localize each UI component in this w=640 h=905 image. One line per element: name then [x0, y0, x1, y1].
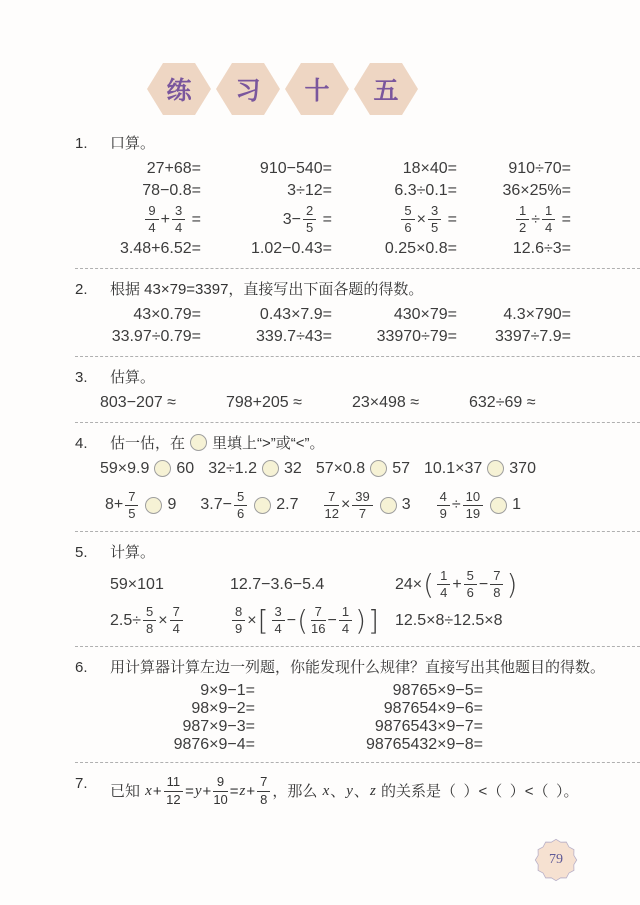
- math-variable: z: [239, 781, 247, 802]
- title-hexagon: 习: [216, 63, 280, 115]
- section-title: 口算。: [110, 133, 640, 154]
- fraction: 34: [272, 605, 285, 637]
- comparison-circle: [145, 497, 162, 514]
- math-expression: 910−540=: [207, 158, 338, 180]
- exercise-grid: 9×9−1=98765×9−5=98×9−2=987654×9−6=987×9−…: [75, 682, 640, 754]
- math-expression: 910÷70=: [463, 158, 577, 180]
- math-expression: 2.5÷58×74: [110, 603, 230, 639]
- math-expression: 36×25%=: [463, 180, 577, 202]
- comparison-circle: [154, 460, 171, 477]
- fraction: 12: [516, 204, 529, 236]
- math-expression: 89×[34−(716−14)]: [230, 603, 395, 639]
- section-number: 3.: [75, 367, 110, 388]
- fraction: 56: [464, 569, 477, 601]
- title-hexagon: 十: [285, 63, 349, 115]
- section-5-calculation: 5. 计算。 59×10112.7−3.6−5.424×(14+56−78)2.…: [75, 542, 640, 647]
- section-divider: [75, 356, 640, 357]
- math-bracket: [: [257, 607, 270, 635]
- math-expression: 9876543×9−7=: [261, 718, 489, 736]
- textbook-page: 练 习 十 五 1. 口算。 27+68=910−540=18×40=910÷7…: [0, 0, 640, 905]
- math-expression: 712×3973: [322, 488, 410, 524]
- math-expression: 98765432×9−8=: [261, 736, 489, 754]
- fraction: 78: [257, 775, 270, 807]
- fraction: 78: [490, 569, 503, 601]
- math-expression: 9×9−1=: [75, 682, 261, 700]
- page-number: 79: [533, 836, 579, 884]
- comparison-circle: [490, 497, 507, 514]
- math-expression: 57×0.857: [316, 458, 410, 480]
- math-expression: 59×101: [110, 567, 230, 603]
- fraction: 712: [324, 490, 338, 522]
- comparison-circle: [254, 497, 271, 514]
- exercise-grid: 43×0.79=0.43×7.9=430×79=4.3×790=33.97÷0.…: [75, 304, 640, 348]
- math-expression: 12.6÷3=: [463, 238, 577, 260]
- fraction: 94: [145, 204, 158, 236]
- section-divider: [75, 646, 640, 647]
- title-char: 练: [166, 71, 191, 107]
- fraction: 56: [234, 490, 247, 522]
- section-title: 用计算器计算左边一列题，你能发现什么规律？直接写出其他题目的得数。: [110, 657, 640, 678]
- math-expression: 3.48+6.52=: [75, 238, 207, 260]
- math-expression: 1.02−0.43=: [207, 238, 338, 260]
- section-6-calculator-pattern: 6. 用计算器计算左边一列题，你能发现什么规律？直接写出其他题目的得数。 9×9…: [75, 657, 640, 763]
- section-header: 2. 根据 43×79=3397，直接写出下面各题的得数。: [75, 279, 640, 300]
- fraction: 49: [437, 490, 450, 522]
- math-expression: 49÷10191: [435, 488, 521, 524]
- exercise-grid: 27+68=910−540=18×40=910÷70=78−0.8=3÷12=6…: [75, 158, 640, 260]
- section-title: 已知 x+1112=y+910=z+78，那么 x、y、z 的关系是（ ）<（ …: [110, 773, 640, 809]
- math-expression: 9876×9−4=: [75, 736, 261, 754]
- fraction: 89: [232, 605, 245, 637]
- section-title: 估算。: [110, 367, 640, 388]
- exercise-row: 803−207 ≈798+205 ≈23×498 ≈632÷69 ≈: [75, 392, 640, 414]
- math-bracket: ]: [367, 607, 380, 635]
- section-header: 4. 估一估，在里填上“>”或“<”。: [75, 433, 640, 454]
- math-expression: 10.1×37370: [424, 458, 536, 480]
- math-expression: 987654×9−6=: [261, 700, 489, 718]
- math-bracket: (: [296, 607, 309, 635]
- math-variable: z: [369, 781, 377, 802]
- fraction: 75: [125, 490, 138, 522]
- math-expression: 12.5×8÷12.5×8: [395, 603, 640, 639]
- title-char: 五: [373, 71, 398, 107]
- fraction: 35: [428, 204, 441, 236]
- comparison-circle: [190, 434, 207, 451]
- section-header: 6. 用计算器计算左边一列题，你能发现什么规律？直接写出其他题目的得数。: [75, 657, 640, 678]
- math-bracket: (: [422, 571, 435, 599]
- math-expression: 4.3×790=: [463, 304, 577, 326]
- section-header: 5. 计算。: [75, 542, 640, 563]
- section-header: 1. 口算。: [75, 133, 640, 154]
- math-expression: 23×498 ≈: [352, 392, 419, 414]
- section-number: 1.: [75, 133, 110, 154]
- math-expression: 339.7÷43=: [207, 326, 338, 348]
- math-expression: 430×79=: [338, 304, 463, 326]
- math-variable: y: [345, 781, 354, 802]
- math-expression: 3÷12=: [207, 180, 338, 202]
- fraction: 14: [542, 204, 555, 236]
- comparison-circle: [370, 460, 387, 477]
- math-expression: 59×9.960: [100, 458, 194, 480]
- fraction: 1019: [463, 490, 483, 522]
- section-divider: [75, 422, 640, 423]
- page-content: 1. 口算。 27+68=910−540=18×40=910÷70=78−0.8…: [75, 133, 640, 809]
- math-expression: 33.97÷0.79=: [75, 326, 207, 348]
- section-2-derive-results: 2. 根据 43×79=3397，直接写出下面各题的得数。 43×0.79=0.…: [75, 279, 640, 357]
- fraction: 397: [352, 490, 372, 522]
- section-7-relation: 7. 已知 x+1112=y+910=z+78，那么 x、y、z 的关系是（ ）…: [75, 773, 640, 809]
- exercise-rows: 59×9.96032÷1.23257×0.85710.1×373708+7593…: [75, 458, 640, 524]
- math-expression: 33970÷79=: [338, 326, 463, 348]
- fraction: 56: [401, 204, 414, 236]
- page-number-badge: 79: [533, 836, 579, 884]
- title-hexagon: 五: [354, 63, 418, 115]
- math-expression: 0.25×0.8=: [338, 238, 463, 260]
- math-bracket: ): [505, 571, 518, 599]
- math-variable: y: [194, 781, 203, 802]
- math-expression: 8+759: [105, 488, 176, 524]
- fraction: 74: [170, 605, 183, 637]
- section-header: 7. 已知 x+1112=y+910=z+78，那么 x、y、z 的关系是（ ）…: [75, 773, 640, 809]
- fraction: 58: [143, 605, 156, 637]
- fraction: 14: [437, 569, 450, 601]
- math-expression: 987×9−3=: [75, 718, 261, 736]
- math-expression: 0.43×7.9=: [207, 304, 338, 326]
- section-title: 计算。: [110, 542, 640, 563]
- math-variable: x: [322, 781, 331, 802]
- math-expression: 798+205 ≈: [226, 392, 302, 414]
- math-expression: 3−25 =: [207, 202, 338, 238]
- math-expression: 12.7−3.6−5.4: [230, 567, 395, 603]
- section-title: 估一估，在里填上“>”或“<”。: [110, 433, 640, 454]
- fraction: 14: [339, 605, 352, 637]
- title-char: 习: [235, 71, 260, 107]
- section-title: 根据 43×79=3397，直接写出下面各题的得数。: [110, 279, 640, 300]
- math-expression: 24×(14+56−78): [395, 567, 640, 603]
- fraction: 910: [213, 775, 227, 807]
- math-expression: 43×0.79=: [75, 304, 207, 326]
- section-4-compare: 4. 估一估，在里填上“>”或“<”。 59×9.96032÷1.23257×0…: [75, 433, 640, 533]
- math-expression: 98765×9−5=: [261, 682, 489, 700]
- section-header: 3. 估算。: [75, 367, 640, 388]
- exercise-row: 59×9.96032÷1.23257×0.85710.1×37370: [75, 458, 640, 480]
- fraction: 1112: [164, 775, 184, 807]
- exercise-rows: 803−207 ≈798+205 ≈23×498 ≈632÷69 ≈: [75, 392, 640, 414]
- math-expression: 78−0.8=: [75, 180, 207, 202]
- math-expression: 632÷69 ≈: [469, 392, 536, 414]
- comparison-circle: [380, 497, 397, 514]
- math-expression: 94+34 =: [75, 202, 207, 238]
- title-hexagon: 练: [147, 63, 211, 115]
- math-variable: x: [144, 781, 153, 802]
- math-expression: 3397÷7.9=: [463, 326, 577, 348]
- math-expression: 12÷14 =: [463, 202, 577, 238]
- math-expression: 56×35 =: [338, 202, 463, 238]
- fraction: 34: [172, 204, 185, 236]
- math-expression: 3.7−562.7: [200, 488, 298, 524]
- comparison-circle: [487, 460, 504, 477]
- section-divider: [75, 762, 640, 763]
- section-divider: [75, 268, 640, 269]
- math-expression: 18×40=: [338, 158, 463, 180]
- math-expression: 27+68=: [75, 158, 207, 180]
- exercise-grid: 59×10112.7−3.6−5.424×(14+56−78)2.5÷58×74…: [75, 567, 640, 638]
- exercise-row: 8+7593.7−562.7712×397349÷10191: [75, 488, 640, 524]
- math-bracket: ): [354, 607, 367, 635]
- title-char: 十: [304, 71, 329, 107]
- section-1-oral-calculation: 1. 口算。 27+68=910−540=18×40=910÷70=78−0.8…: [75, 133, 640, 269]
- math-expression: 98×9−2=: [75, 700, 261, 718]
- section-divider: [75, 531, 640, 532]
- section-3-estimation: 3. 估算。 803−207 ≈798+205 ≈23×498 ≈632÷69 …: [75, 367, 640, 423]
- section-number: 6.: [75, 657, 110, 678]
- comparison-circle: [262, 460, 279, 477]
- math-expression: 6.3÷0.1=: [338, 180, 463, 202]
- math-expression: 803−207 ≈: [100, 392, 176, 414]
- fraction: 716: [311, 605, 325, 637]
- section-number: 7.: [75, 773, 110, 794]
- section-number: 2.: [75, 279, 110, 300]
- page-title: 练 习 十 五: [0, 0, 565, 115]
- section-number: 4.: [75, 433, 110, 454]
- section-number: 5.: [75, 542, 110, 563]
- fraction: 25: [303, 204, 316, 236]
- math-expression: 32÷1.232: [208, 458, 302, 480]
